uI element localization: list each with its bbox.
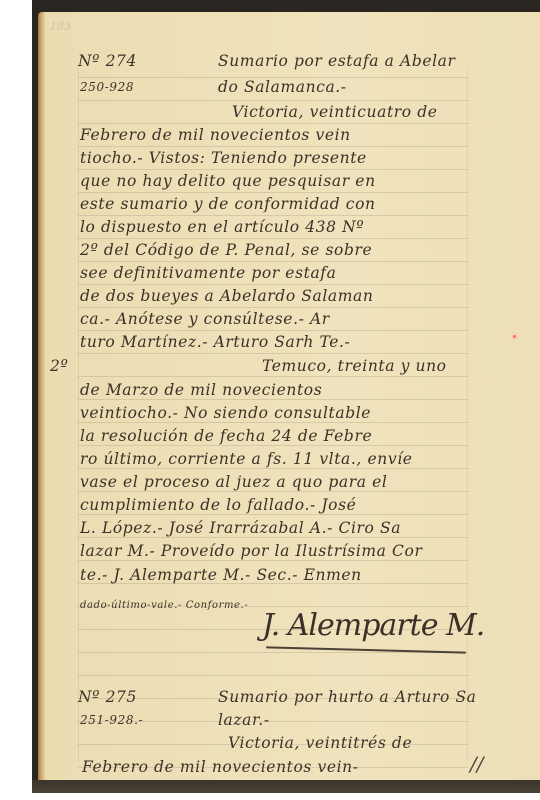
body-line: Febrero de mil novecientos vein- bbox=[82, 758, 359, 776]
body-line: Febrero de mil novecientos vein bbox=[80, 126, 351, 144]
body-line: este sumario y de conformidad con bbox=[80, 195, 376, 213]
ruled-line bbox=[78, 192, 468, 193]
body-line: see definitivamente por estafa bbox=[80, 264, 337, 282]
body-line: Victoria, veintitrés de bbox=[228, 734, 412, 752]
ruled-line bbox=[78, 261, 468, 262]
ruled-line bbox=[78, 307, 468, 308]
ruled-line bbox=[78, 537, 468, 538]
body-line: que no hay delito que pesquisar en bbox=[80, 172, 376, 190]
continuation-mark: // bbox=[470, 752, 483, 776]
ruled-line bbox=[78, 675, 468, 676]
ruled-line bbox=[78, 238, 468, 239]
entry-heading: do Salamanca.- bbox=[218, 78, 347, 96]
entry-number: Nº 274 bbox=[78, 52, 137, 70]
entry-number: Nº 275 bbox=[78, 688, 137, 706]
margin-note: 2º bbox=[50, 357, 68, 375]
entry-file-code: 250-928 bbox=[80, 80, 134, 94]
body-line: lazar M.- Proveído por la Ilustrísima Co… bbox=[80, 542, 422, 560]
body-line: la resolución de fecha 24 de Febre bbox=[80, 427, 372, 445]
body-line: 2º del Código de P. Penal, se sobre bbox=[80, 241, 372, 259]
right-rule bbox=[467, 66, 468, 761]
ruled-line bbox=[78, 123, 468, 124]
body-line: de Marzo de mil novecientos bbox=[80, 381, 322, 399]
ruled-line bbox=[78, 560, 468, 561]
ruled-line bbox=[78, 146, 468, 147]
ruled-line bbox=[78, 100, 468, 101]
ruled-line bbox=[78, 514, 468, 515]
body-line: tiocho.- Vistos: Teniendo presente bbox=[80, 149, 367, 167]
body-line: vase el proceso al juez a quo para el bbox=[80, 473, 387, 491]
ruled-line bbox=[78, 468, 468, 469]
ruled-line bbox=[78, 353, 468, 354]
body-line: Temuco, treinta y uno bbox=[262, 357, 447, 375]
body-line: te.- J. Alemparte M.- Sec.- Enmen bbox=[80, 566, 362, 584]
entry-heading: Sumario por hurto a Arturo Sa bbox=[218, 688, 477, 706]
entry-file-code: 251-928.- bbox=[80, 713, 143, 727]
body-line: Victoria, veinticuatro de bbox=[232, 103, 438, 121]
signature: J. Alemparte M. bbox=[262, 608, 484, 643]
entry-heading: Sumario por estafa a Abelar bbox=[218, 52, 456, 70]
ruled-line bbox=[78, 215, 468, 216]
pencil-page-number: 183 bbox=[50, 20, 71, 33]
body-line: de dos bueyes a Abelardo Salaman bbox=[80, 287, 373, 305]
ruled-line bbox=[78, 445, 468, 446]
body-line: ro último, corriente a fs. 11 vlta., env… bbox=[80, 450, 413, 468]
ruled-line bbox=[78, 169, 468, 170]
body-line: turo Martínez.- Arturo Sarh Te.- bbox=[80, 333, 350, 351]
ruled-line bbox=[78, 376, 468, 377]
ruled-line bbox=[78, 422, 468, 423]
ruled-line bbox=[78, 284, 468, 285]
page-bottom-edge bbox=[32, 780, 540, 793]
body-line: L. López.- José Irarrázabal A.- Ciro Sa bbox=[80, 519, 401, 537]
ruled-line bbox=[78, 491, 468, 492]
body-line: ca.- Anótese y consúltese.- Ar bbox=[80, 310, 330, 328]
margin-rule bbox=[78, 66, 79, 761]
body-line: veintiocho.- No siendo consultable bbox=[80, 404, 371, 422]
ruled-line bbox=[78, 399, 468, 400]
ruled-line bbox=[78, 330, 468, 331]
body-line: lo dispuesto en el artículo 438 Nº bbox=[80, 218, 364, 236]
body-line: cumplimiento de lo fallado.- José bbox=[80, 496, 356, 514]
body-line: dado-último-vale.- Conforme.- bbox=[80, 600, 248, 611]
laser-dot bbox=[513, 335, 516, 338]
entry-heading: lazar.- bbox=[218, 711, 270, 729]
